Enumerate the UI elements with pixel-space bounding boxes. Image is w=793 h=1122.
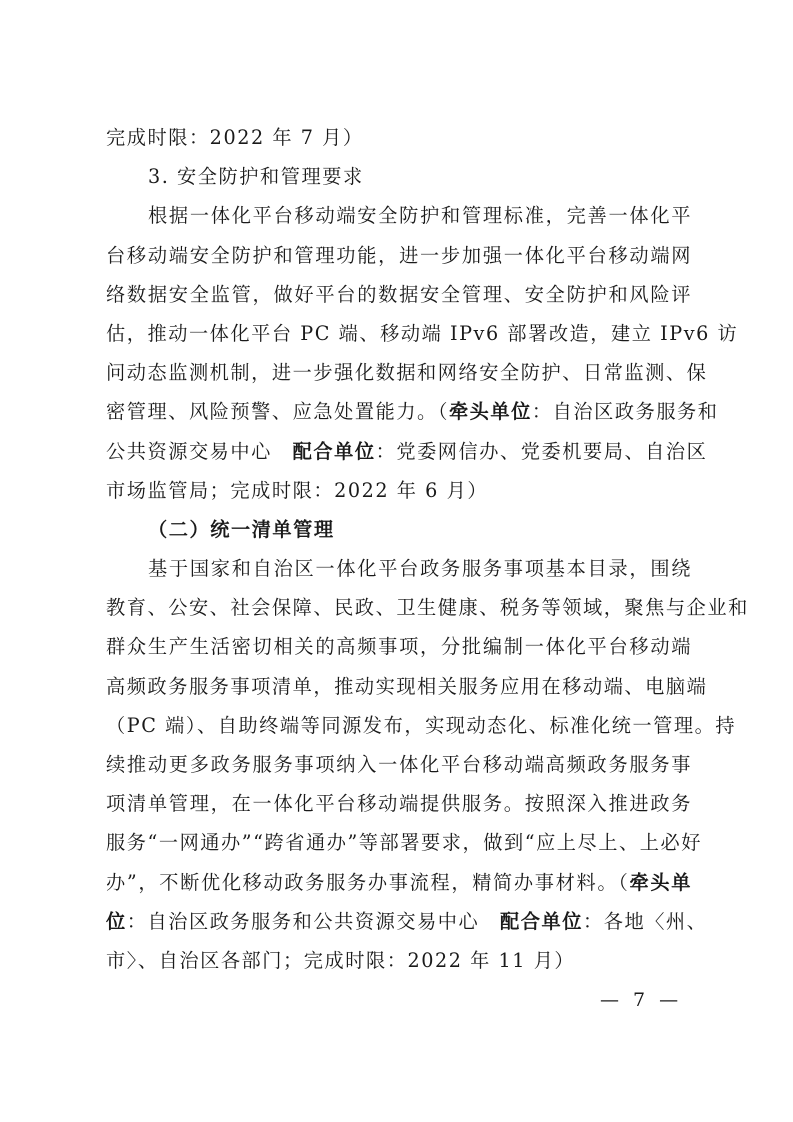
text-run: ：自治区政务服务和 [532, 400, 719, 423]
paragraph-line: 估，推动一体化平台 PC 端、移动端 IPv6 部署改造，建立 IPv6 访 [106, 314, 692, 353]
paragraph-line: 位：自治区政务服务和公共资源交易中心 配合单位：各地〈州、 [106, 902, 692, 941]
paragraph-line: 台移动端安全防护和管理功能，进一步加强一体化平台移动端网 [106, 236, 692, 275]
document-page: 完成时限：2022 年 7 月） 3. 安全防护和管理要求 根据一体化平台移动端… [106, 118, 692, 980]
paragraph-line: 办”，不断优化移动政务服务办事流程，精简办事材料。（牵头单 [106, 863, 692, 902]
paragraph-line: 教育、公安、社会保障、民政、卫生健康、税务等领域，聚焦与企业和 [106, 588, 692, 627]
text-run: 密管理、风险预警、应急处置能力。（ [106, 400, 449, 423]
text-run: ：各地〈州、 [583, 910, 707, 933]
text-run: 公共资源交易中心 [106, 440, 293, 463]
subsection-heading-security: 3. 安全防护和管理要求 [106, 157, 692, 196]
paragraph-line: 根据一体化平台移动端安全防护和管理标准，完善一体化平 [106, 196, 692, 235]
text-run: ：自治区政务服务和公共资源交易中心 [127, 910, 500, 933]
paragraph-line: 续推动更多政务服务事项纳入一体化平台移动端高频政务服务事 [106, 745, 692, 784]
paragraph-line: 市〉、自治区各部门；完成时限：2022 年 11 月） [106, 941, 692, 980]
text-line-completion-deadline-july: 完成时限：2022 年 7 月） [106, 118, 692, 157]
lead-unit-label-continued: 位 [106, 910, 127, 933]
paragraph-line: （PC 端）、自助终端等同源发布，实现动态化、标准化统一管理。持 [106, 706, 692, 745]
text-run: 办”，不断优化移动政务服务办事流程，精简办事材料。（ [106, 871, 630, 894]
section-heading-unified-list: （二）统一清单管理 [106, 510, 692, 549]
paragraph-line: 高频政务服务事项清单，推动实现相关服务应用在移动端、电脑端 [106, 667, 692, 706]
cooperating-unit-label: 配合单位 [500, 910, 583, 933]
paragraph-line: 基于国家和自治区一体化平台政务服务事项基本目录，围绕 [106, 549, 692, 588]
paragraph-line: 市场监管局；完成时限：2022 年 6 月） [106, 471, 692, 510]
paragraph-line: 公共资源交易中心 配合单位：党委网信办、党委机要局、自治区 [106, 432, 692, 471]
paragraph-line: 服务“一网通办”“跨省通办”等部署要求，做到“应上尽上、上必好 [106, 823, 692, 862]
lead-unit-label: 牵头单 [630, 871, 692, 894]
paragraph-line: 群众生产生活密切相关的高频事项，分批编制一体化平台移动端 [106, 627, 692, 666]
text-run: ：党委网信办、党委机要局、自治区 [376, 440, 708, 463]
paragraph-line: 密管理、风险预警、应急处置能力。（牵头单位：自治区政务服务和 [106, 392, 692, 431]
lead-unit-label: 牵头单位 [449, 400, 532, 423]
cooperating-unit-label: 配合单位 [293, 440, 376, 463]
paragraph-line: 络数据安全监管，做好平台的数据安全管理、安全防护和风险评 [106, 275, 692, 314]
paragraph-line: 项清单管理，在一体化平台移动端提供服务。按照深入推进政务 [106, 784, 692, 823]
page-number: — 7 — [600, 986, 682, 1014]
paragraph-line: 问动态监测机制，进一步强化数据和网络安全防护、日常监测、保 [106, 353, 692, 392]
